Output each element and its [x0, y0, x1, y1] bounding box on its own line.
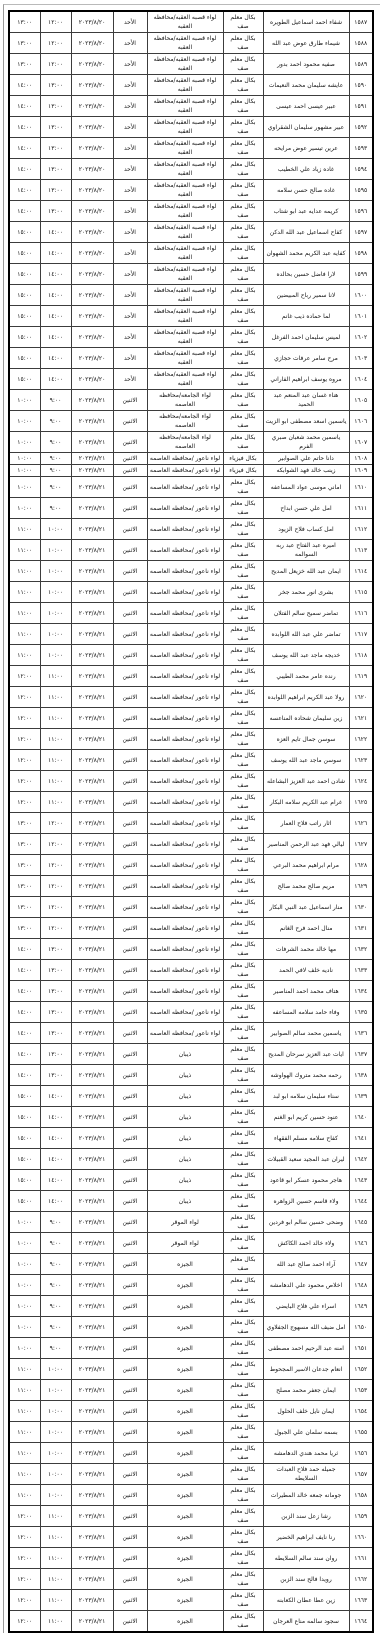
- cell-day: الاثنين: [113, 390, 147, 411]
- cell-location: لواء ناعور /محافظه العاصمه: [147, 1002, 223, 1023]
- cell-time-to: ١٣:٠٠: [9, 834, 40, 855]
- table-row: ١٦٤٤ ولاء قاسم حسين الزواهره بكال معلم ص…: [9, 1191, 373, 1201]
- table-row: ١٦٠٥ هناء غسان عبد المنعم عبد الحميد بكا…: [9, 390, 373, 411]
- cell-day: الأحد: [113, 264, 147, 285]
- cell-location: لواء ناعور /محافظه العاصمه: [147, 939, 223, 960]
- cell-day: الاثنين: [113, 603, 147, 624]
- cell-location: ذيبان: [147, 1044, 223, 1065]
- table-row: ١٦٠٦ ياسمين اسعد مصطفى ابو الزيت بكال مع…: [9, 411, 373, 432]
- cell-location: لواء قصبه العقبه/محافظه العقبه: [147, 306, 223, 327]
- cell-date: ٢٠٢٣/٨/٢٠: [71, 285, 113, 306]
- table-row: ١٥٩٤ غاده زياد علي الخطيب بكال معلم صف ل…: [9, 159, 373, 180]
- cell-location: لواء قصبه العقبه/محافظه العقبه: [147, 348, 223, 369]
- cell-day: الاثنين: [113, 939, 147, 960]
- cell-name: اميره عبد الفتاح عبد ربه السوالمه: [263, 540, 349, 561]
- cell-day: الاثنين: [113, 1149, 147, 1170]
- cell-time-to: ١٣:٠٠: [9, 33, 40, 54]
- cell-day: الأحد: [113, 33, 147, 54]
- cell-qualification: بكال معلم صف: [223, 1107, 263, 1128]
- table-row: ١٦٠١ لما حماده ذيب غانم بكال معلم صف لوا…: [9, 306, 373, 327]
- cell-time-from: ١٣:٠٠: [40, 939, 71, 960]
- cell-qualification: بكال فيزياء: [223, 465, 263, 477]
- cell-date: ٢٠٢٣/٨/٢١: [71, 1023, 113, 1044]
- cell-location: لواء ناعور /محافظه العاصمه: [147, 453, 223, 465]
- table-row: ١٦٣٧ ايات عبد العزيز سرحان المديح بكال م…: [9, 1044, 373, 1065]
- cell-time-from: ١٤:٠٠: [40, 222, 71, 243]
- cell-day: الأحد: [113, 117, 147, 138]
- cell-serial: ١٥٨٩: [349, 54, 373, 75]
- cell-date: ٢٠٢٣/٨/٢٠: [71, 306, 113, 327]
- cell-qualification: بكال معلم صف: [223, 327, 263, 348]
- cell-date: ٢٠٢٣/٨/٢٠: [71, 180, 113, 201]
- cell-day: الأحد: [113, 369, 147, 390]
- cell-time-from: ١٢:٠٠: [40, 918, 71, 939]
- cell-time-from: ٩:٠٠: [40, 390, 71, 411]
- cell-time-from: ٩:٠٠: [40, 498, 71, 519]
- cell-day: الاثنين: [113, 771, 147, 792]
- cell-day: الاثنين: [113, 666, 147, 687]
- table-row: ١٥٩٥ غاده صالح حسن سلامه بكال معلم صف لو…: [9, 180, 373, 201]
- cell-time-to: ١٥:٠٠: [9, 348, 40, 369]
- table-row: ١٦١٩ رنده عامر محمد الطيبي بكال معلم صف …: [9, 666, 373, 687]
- cell-time-to: ١١:٠٠: [9, 561, 40, 582]
- cell-time-to: ١٤:٠٠: [9, 201, 40, 222]
- table-row: ١٦٣٥ وفاء حامد سلامه المساعفه بكال معلم …: [9, 1002, 373, 1023]
- cell-time-from: ١٠:٠٠: [40, 519, 71, 540]
- cell-serial: ١٥٩١: [349, 96, 373, 117]
- cell-location: لواء ناعور /محافظه العاصمه: [147, 666, 223, 687]
- cell-day: الاثنين: [113, 1170, 147, 1191]
- cell-name: اثار راتب فلاح العمار: [263, 813, 349, 834]
- cell-qualification: بكال معلم صف: [223, 792, 263, 813]
- cell-date: ٢٠٢٣/٨/٢١: [71, 432, 113, 453]
- cell-time-to: ١٣:٠٠: [9, 855, 40, 876]
- cell-serial: ١٥٨٧: [349, 11, 373, 33]
- cell-serial: ١٦٤٤: [349, 1191, 373, 1201]
- cell-date: ٢٠٢٣/٨/٢٠: [71, 327, 113, 348]
- cell-time-to: ١٤:٠٠: [9, 138, 40, 159]
- cell-location: لواء ناعور /محافظه العاصمه: [147, 624, 223, 645]
- table-row: ١٦٠٧ ياسمين محمد شعبان صبري الفرم بكال م…: [9, 432, 373, 453]
- cell-time-to: ١٤:٠٠: [9, 180, 40, 201]
- cell-name: عبير مشهور سليمان الشقراوي: [263, 117, 349, 138]
- cell-name: عرين تيسير عوض مرايحه: [263, 138, 349, 159]
- cell-name: سوسن ماجد عبد الله يوسف: [263, 750, 349, 771]
- cell-serial: ١٦١٤: [349, 561, 373, 582]
- cell-name: ولاء قاسم حسين الزواهره: [263, 1191, 349, 1201]
- table-row: ١٦٢٤ شادن احمد عبد العزيز البشاعله بكال …: [9, 771, 373, 792]
- table-row: ١٦٤٠ عنود حسين كريم ابو الغنم بكال معلم …: [9, 1107, 373, 1128]
- cell-location: لواء الجامعه/محافظه العاصمه: [147, 390, 223, 411]
- cell-name: هاجر محمود عسكر ابو قاعود: [263, 1170, 349, 1191]
- cell-location: لواء ناعور /محافظه العاصمه: [147, 477, 223, 498]
- cell-time-to: ١٠:٠٠: [9, 453, 40, 465]
- cell-day: الاثنين: [113, 855, 147, 876]
- cell-qualification: بكال معلم صف: [223, 75, 263, 96]
- cell-day: الاثنين: [113, 1086, 147, 1107]
- cell-serial: ١٦١١: [349, 498, 373, 519]
- table-row: ١٦١٤ ايمان عبد الله خزيعل المديح بكال مع…: [9, 561, 373, 582]
- table-row: ١٦٢٠ رولا عبد الكريم ابراهيم اللوابده بك…: [9, 687, 373, 708]
- cell-name: تماضر علي عبد الله اللوابده: [263, 624, 349, 645]
- cell-name: كفاح اسماعيل عبد الله الدكن: [263, 222, 349, 243]
- cell-date: ٢٠٢٣/٨/٢٠: [71, 201, 113, 222]
- cell-day: الاثنين: [113, 453, 147, 465]
- cell-serial: ١٦١٧: [349, 624, 373, 645]
- cell-name: لارا فاضل حسين بحالده: [263, 264, 349, 285]
- cell-time-from: ١٢:٠٠: [40, 33, 71, 54]
- cell-time-to: ١٤:٠٠: [9, 117, 40, 138]
- cell-qualification: بكال معلم صف: [223, 477, 263, 498]
- cell-qualification: بكال معلم صف: [223, 54, 263, 75]
- table-row: ١٥٩٠ عايشه سليمان محمد النعيمات بكال معل…: [9, 75, 373, 96]
- cell-date: ٢٠٢٣/٨/٢٠: [71, 54, 113, 75]
- cell-day: الاثنين: [113, 582, 147, 603]
- cell-qualification: بكال معلم صف: [223, 729, 263, 750]
- table-row: ١٥٩٢ عبير مشهور سليمان الشقراوي بكال معل…: [9, 117, 373, 138]
- cell-serial: ١٥٩٤: [349, 159, 373, 180]
- cell-day: الاثنين: [113, 750, 147, 771]
- cell-time-to: ١٤:٠٠: [9, 1044, 40, 1065]
- cell-time-to: ١٣:٠٠: [9, 11, 40, 33]
- table-row: ١٦٤٢ ليران عبد المجيد سعيد القبيلات بكال…: [9, 1149, 373, 1170]
- cell-qualification: بكال معلم صف: [223, 708, 263, 729]
- cell-name: عايشه سليمان محمد النعيمات: [263, 75, 349, 96]
- cell-time-to: ١٢:٠٠: [9, 687, 40, 708]
- cell-time-to: ١١:٠٠: [9, 624, 40, 645]
- cell-time-from: ١٢:٠٠: [40, 11, 71, 33]
- cell-serial: ١٦٣١: [349, 918, 373, 939]
- cell-serial: ١٦٠٦: [349, 411, 373, 432]
- table-row: ١٥٩٩ لارا فاضل حسين بحالده بكال معلم صف …: [9, 264, 373, 285]
- cell-time-to: ١٥:٠٠: [9, 1191, 40, 1201]
- cell-date: ٢٠٢٣/٨/٢١: [71, 465, 113, 477]
- cell-time-to: ١٤:٠٠: [9, 1065, 40, 1086]
- cell-time-to: ١٢:٠٠: [9, 771, 40, 792]
- table-row: ١٦٣٦ ياسمين محمد سالم الصوابير بكال معلم…: [9, 1023, 373, 1044]
- table-row: ١٦٤٣ هاجر محمود عسكر ابو قاعود بكال معلم…: [9, 1170, 373, 1191]
- cell-serial: ١٦٣٦: [349, 1023, 373, 1044]
- cell-serial: ١٦٣٥: [349, 1002, 373, 1023]
- cell-qualification: بكال معلم صف: [223, 750, 263, 771]
- cell-day: الاثنين: [113, 498, 147, 519]
- cell-serial: ١٦٠٤: [349, 369, 373, 390]
- cell-time-to: ١٥:٠٠: [9, 1086, 40, 1107]
- cell-serial: ١٦٠٩: [349, 465, 373, 477]
- cell-qualification: بكال معلم صف: [223, 411, 263, 432]
- cell-name: منال احمد فرح الغانم: [263, 918, 349, 939]
- cell-qualification: بكال معلم صف: [223, 306, 263, 327]
- cell-location: ذيبان: [147, 1149, 223, 1170]
- cell-date: ٢٠٢٣/٨/٢١: [71, 603, 113, 624]
- cell-date: ٢٠٢٣/٨/٢١: [71, 792, 113, 813]
- cell-time-to: ١٠:٠٠: [9, 465, 40, 477]
- table-row: ١٦١١ امل علي حسن ابداح بكال معلم صف لواء…: [9, 498, 373, 519]
- cell-date: ٢٠٢٣/٨/٢١: [71, 960, 113, 981]
- cell-location: لواء ناعور /محافظه العاصمه: [147, 855, 223, 876]
- cell-name: غرام عبد الكريم سلامه البكار: [263, 792, 349, 813]
- table-row: ١٥٨٩ صفيه محمود احمد بدور بكال معلم صف ل…: [9, 54, 373, 75]
- cell-serial: ١٦٤٠: [349, 1107, 373, 1128]
- cell-time-from: ١٤:٠٠: [40, 264, 71, 285]
- cell-time-to: ١٥:٠٠: [9, 1149, 40, 1170]
- cell-qualification: بكال فيزياء: [223, 453, 263, 465]
- cell-serial: ١٦٤١: [349, 1128, 373, 1149]
- cell-qualification: بكال معلم صف: [223, 876, 263, 897]
- cell-qualification: بكال معلم صف: [223, 1191, 263, 1201]
- cell-date: ٢٠٢٣/٨/٢١: [71, 708, 113, 729]
- table-row: ١٥٨٧ شفاء احمد اسماعيل الطويره بكال معلم…: [9, 11, 373, 33]
- cell-location: لواء ناعور /محافظه العاصمه: [147, 876, 223, 897]
- cell-location: لواء ناعور /محافظه العاصمه: [147, 645, 223, 666]
- cell-serial: ١٦٢٦: [349, 813, 373, 834]
- cell-date: ٢٠٢٣/٨/٢١: [71, 1044, 113, 1065]
- cell-time-from: ٩:٠٠: [40, 477, 71, 498]
- cell-time-from: ١١:٠٠: [40, 666, 71, 687]
- cell-name: غاده زياد علي الخطيب: [263, 159, 349, 180]
- cell-qualification: بكال معلم صف: [223, 222, 263, 243]
- table-row: ١٥٩٦ كريمه عدايه عبد ابو شتاب بكال معلم …: [9, 201, 373, 222]
- schedule-table: ١٥٨٧ شفاء احمد اسماعيل الطويره بكال معلم…: [8, 10, 374, 1200]
- cell-serial: ١٦٠٢: [349, 327, 373, 348]
- cell-time-from: ٩:٠٠: [40, 432, 71, 453]
- table-row: ١٦٢٥ غرام عبد الكريم سلامه البكار بكال م…: [9, 792, 373, 813]
- cell-time-to: ١٠:٠٠: [9, 411, 40, 432]
- cell-day: الأحد: [113, 222, 147, 243]
- cell-serial: ١٥٩٧: [349, 222, 373, 243]
- cell-qualification: بكال معلم صف: [223, 645, 263, 666]
- cell-name: لميس سليمان احمد الفرغل: [263, 327, 349, 348]
- cell-name: زينب خالد فهد الشوابكه: [263, 465, 349, 477]
- cell-location: ذيبان: [147, 1170, 223, 1191]
- cell-time-from: ١٤:٠٠: [40, 1086, 71, 1107]
- cell-qualification: بكال معلم صف: [223, 369, 263, 390]
- cell-location: ذيبان: [147, 1191, 223, 1201]
- cell-serial: ١٦٠٥: [349, 390, 373, 411]
- table-row: ١٥٩٧ كفاح اسماعيل عبد الله الدكن بكال مع…: [9, 222, 373, 243]
- cell-time-to: ١٤:٠٠: [9, 75, 40, 96]
- cell-time-from: ١٣:٠٠: [40, 1002, 71, 1023]
- cell-location: لواء ناعور /محافظه العاصمه: [147, 465, 223, 477]
- cell-time-to: ١٥:٠٠: [9, 306, 40, 327]
- cell-qualification: بكال معلم صف: [223, 1044, 263, 1065]
- cell-time-from: ١٣:٠٠: [40, 180, 71, 201]
- cell-day: الأحد: [113, 138, 147, 159]
- cell-qualification: بكال معلم صف: [223, 897, 263, 918]
- cell-date: ٢٠٢٣/٨/٢٠: [71, 369, 113, 390]
- cell-location: لواء قصبه العقبه/محافظه العقبه: [147, 222, 223, 243]
- cell-serial: ١٦٢٩: [349, 876, 373, 897]
- cell-time-from: ١٤:٠٠: [40, 1191, 71, 1201]
- cell-time-to: ١٢:٠٠: [9, 792, 40, 813]
- cell-name: ايمان عبد الله خزيعل المديح: [263, 561, 349, 582]
- cell-time-to: ١٣:٠٠: [9, 897, 40, 918]
- cell-date: ٢٠٢٣/٨/٢٠: [71, 33, 113, 54]
- cell-name: سناء سليمان سلامه ابو لبد: [263, 1086, 349, 1107]
- cell-date: ٢٠٢٣/٨/٢١: [71, 939, 113, 960]
- cell-day: الاثنين: [113, 876, 147, 897]
- cell-date: ٢٠٢٣/٨/٢١: [71, 1128, 113, 1149]
- cell-day: الاثنين: [113, 792, 147, 813]
- cell-time-from: ١٣:٠٠: [40, 159, 71, 180]
- cell-day: الأحد: [113, 306, 147, 327]
- cell-day: الاثنين: [113, 432, 147, 453]
- cell-qualification: بكال معلم صف: [223, 96, 263, 117]
- cell-date: ٢٠٢٣/٨/٢١: [71, 813, 113, 834]
- cell-location: لواء ناعور /محافظه العاصمه: [147, 519, 223, 540]
- table-row: ١٦٢٨ مرام ابراهيم محمد البرعي بكال معلم …: [9, 855, 373, 876]
- cell-time-from: ١٠:٠٠: [40, 561, 71, 582]
- cell-time-from: ١١:٠٠: [40, 792, 71, 813]
- cell-time-from: ١٤:٠٠: [40, 1170, 71, 1191]
- cell-name: مرام ابراهيم محمد البرعي: [263, 855, 349, 876]
- cell-time-from: ١٢:٠٠: [40, 876, 71, 897]
- cell-qualification: بكال معلم صف: [223, 159, 263, 180]
- table-row: ١٦١٨ خديجه ماجد عبد الله يوسف بكال معلم …: [9, 645, 373, 666]
- table-row: ١٥٨٨ شيماء طارق عوض عبد الله بكال معلم ص…: [9, 33, 373, 54]
- table-row: ١٦٢٩ مريم صالح محمد صالح بكال معلم صف لو…: [9, 876, 373, 897]
- cell-serial: ١٦٣٨: [349, 1065, 373, 1086]
- cell-qualification: بكال معلم صف: [223, 666, 263, 687]
- cell-location: لواء قصبه العقبه/محافظه العقبه: [147, 117, 223, 138]
- cell-serial: ١٦١٢: [349, 519, 373, 540]
- cell-date: ٢٠٢٣/٨/٢١: [71, 540, 113, 561]
- cell-time-from: ٩:٠٠: [40, 453, 71, 465]
- cell-location: لواء قصبه العقبه/محافظه العقبه: [147, 180, 223, 201]
- cell-date: ٢٠٢٣/٨/٢٠: [71, 96, 113, 117]
- cell-time-from: ١٠:٠٠: [40, 603, 71, 624]
- cell-time-to: ١١:٠٠: [9, 519, 40, 540]
- cell-qualification: بكال معلم صف: [223, 939, 263, 960]
- cell-date: ٢٠٢٣/٨/٢٠: [71, 159, 113, 180]
- cell-location: لواء ناعور /محافظه العاصمه: [147, 813, 223, 834]
- cell-serial: ١٦٣٩: [349, 1086, 373, 1107]
- cell-time-to: ١١:٠٠: [9, 582, 40, 603]
- cell-date: ٢٠٢٣/٨/٢١: [71, 687, 113, 708]
- cell-date: ٢٠٢٣/٨/٢١: [71, 1065, 113, 1086]
- cell-date: ٢٠٢٣/٨/٢٠: [71, 11, 113, 33]
- table-row: ١٦٠٣ مرح سامر عرفات حجازي بكال معلم صف ل…: [9, 348, 373, 369]
- cell-date: ٢٠٢٣/٨/٢٠: [71, 264, 113, 285]
- cell-day: الاثنين: [113, 540, 147, 561]
- cell-time-from: ١٣:٠٠: [40, 1065, 71, 1086]
- cell-name: كريمه عدايه عبد ابو شتاب: [263, 201, 349, 222]
- cell-name: سوسن جمال تايم العزه: [263, 729, 349, 750]
- cell-time-to: ١٤:٠٠: [9, 1023, 40, 1044]
- cell-location: لواء ناعور /محافظه العاصمه: [147, 498, 223, 519]
- cell-qualification: بكال معلم صف: [223, 561, 263, 582]
- cell-qualification: بكال معلم صف: [223, 390, 263, 411]
- cell-location: لواء قصبه العقبه/محافظه العقبه: [147, 264, 223, 285]
- table-row: ١٦٠٩ زينب خالد فهد الشوابكه بكال فيزياء …: [9, 465, 373, 477]
- cell-time-from: ١٤:٠٠: [40, 1107, 71, 1128]
- cell-name: زين سليمان شحاده المناعسه: [263, 708, 349, 729]
- cell-time-from: ١٤:٠٠: [40, 306, 71, 327]
- cell-day: الاثنين: [113, 687, 147, 708]
- cell-serial: ١٦٢٢: [349, 729, 373, 750]
- cell-qualification: بكال معلم صف: [223, 981, 263, 1002]
- cell-location: لواء قصبه العقبه/محافظه العقبه: [147, 159, 223, 180]
- cell-location: لواء قصبه العقبه/محافظه العقبه: [147, 11, 223, 33]
- cell-day: الأحد: [113, 96, 147, 117]
- cell-name: غاده صالح حسن سلامه: [263, 180, 349, 201]
- cell-serial: ١٥٩٢: [349, 117, 373, 138]
- table-row: ١٦١٢ امل كساب فلاح الزيود بكال معلم صف ل…: [9, 519, 373, 540]
- cell-name: ليران عبد المجيد سعيد القبيلات: [263, 1149, 349, 1170]
- cell-date: ٢٠٢٣/٨/٢١: [71, 771, 113, 792]
- cell-location: لواء ناعور /محافظه العاصمه: [147, 792, 223, 813]
- cell-serial: ١٥٩٦: [349, 201, 373, 222]
- cell-time-from: ١٢:٠٠: [40, 897, 71, 918]
- cell-day: الأحد: [113, 243, 147, 264]
- cell-time-to: ١٠:٠٠: [9, 390, 40, 411]
- cell-qualification: بكال معلم صف: [223, 498, 263, 519]
- cell-time-from: ١٣:٠٠: [40, 96, 71, 117]
- cell-location: لواء الجامعه/محافظه العاصمه: [147, 411, 223, 432]
- cell-location: لواء ناعور /محافظه العاصمه: [147, 960, 223, 981]
- cell-time-from: ١١:٠٠: [40, 750, 71, 771]
- table-row: ١٦٣٨ رحمه محمد متروك الهواوشه بكال معلم …: [9, 1065, 373, 1086]
- cell-qualification: بكال معلم صف: [223, 771, 263, 792]
- cell-qualification: بكال معلم صف: [223, 1023, 263, 1044]
- cell-date: ٢٠٢٣/٨/٢٠: [71, 75, 113, 96]
- cell-qualification: بكال معلم صف: [223, 813, 263, 834]
- cell-time-from: ١٢:٠٠: [40, 813, 71, 834]
- cell-day: الاثنين: [113, 981, 147, 1002]
- cell-location: لواء قصبه العقبه/محافظه العقبه: [147, 33, 223, 54]
- cell-name: لما حماده ذيب غانم: [263, 306, 349, 327]
- cell-date: ٢٠٢٣/٨/٢١: [71, 666, 113, 687]
- cell-location: ذيبان: [147, 1128, 223, 1149]
- cell-qualification: بكال معلم صف: [223, 243, 263, 264]
- cell-time-to: ١٣:٠٠: [9, 876, 40, 897]
- cell-location: لواء ناعور /محافظه العاصمه: [147, 981, 223, 1002]
- cell-qualification: بكال معلم صف: [223, 180, 263, 201]
- cell-time-to: ١٣:٠٠: [9, 813, 40, 834]
- cell-day: الاثنين: [113, 1023, 147, 1044]
- table-row: ١٦٣١ منال احمد فرح الغانم بكال معلم صف ل…: [9, 918, 373, 939]
- cell-qualification: بكال معلم صف: [223, 582, 263, 603]
- cell-location: لواء قصبه العقبه/محافظه العقبه: [147, 201, 223, 222]
- cell-serial: ١٦٢٨: [349, 855, 373, 876]
- cell-time-to: ١٤:٠٠: [9, 96, 40, 117]
- cell-time-to: ١٤:٠٠: [9, 981, 40, 1002]
- cell-location: لواء ناعور /محافظه العاصمه: [147, 540, 223, 561]
- cell-time-to: ١٤:٠٠: [9, 939, 40, 960]
- cell-time-from: ١٤:٠٠: [40, 285, 71, 306]
- cell-day: الأحد: [113, 201, 147, 222]
- cell-name: شفاء احمد اسماعيل الطويره: [263, 11, 349, 33]
- cell-date: ٢٠٢٣/٨/٢١: [71, 477, 113, 498]
- cell-date: ٢٠٢٣/٨/٢١: [71, 876, 113, 897]
- cell-name: شادن احمد عبد العزيز البشاعله: [263, 771, 349, 792]
- cell-time-to: ١٥:٠٠: [9, 1128, 40, 1149]
- cell-name: هناء غسان عبد المنعم عبد الحميد: [263, 390, 349, 411]
- table-row: ١٦٢١ زين سليمان شحاده المناعسه بكال معلم…: [9, 708, 373, 729]
- cell-time-to: ١٢:٠٠: [9, 708, 40, 729]
- cell-time-from: ١٣:٠٠: [40, 1023, 71, 1044]
- cell-date: ٢٠٢٣/٨/٢١: [71, 729, 113, 750]
- cell-serial: ١٦٢٥: [349, 792, 373, 813]
- table-row: ١٦٠٢ لميس سليمان احمد الفرغل بكال معلم ص…: [9, 327, 373, 348]
- cell-name: كفايه عبد الكريم محمد الشهوان: [263, 243, 349, 264]
- cell-name: ياسمين محمد شعبان صبري الفرم: [263, 432, 349, 453]
- cell-name: ايات عبد العزيز سرحان المديح: [263, 1044, 349, 1065]
- table-row: ١٦١٦ تماضر سميح سالم الفتلان بكال معلم ص…: [9, 603, 373, 624]
- cell-location: لواء ناعور /محافظه العاصمه: [147, 834, 223, 855]
- table-row: ١٦١٠ اماني موسى عواد المساعفه بكال معلم …: [9, 477, 373, 498]
- cell-date: ٢٠٢٣/٨/٢١: [71, 411, 113, 432]
